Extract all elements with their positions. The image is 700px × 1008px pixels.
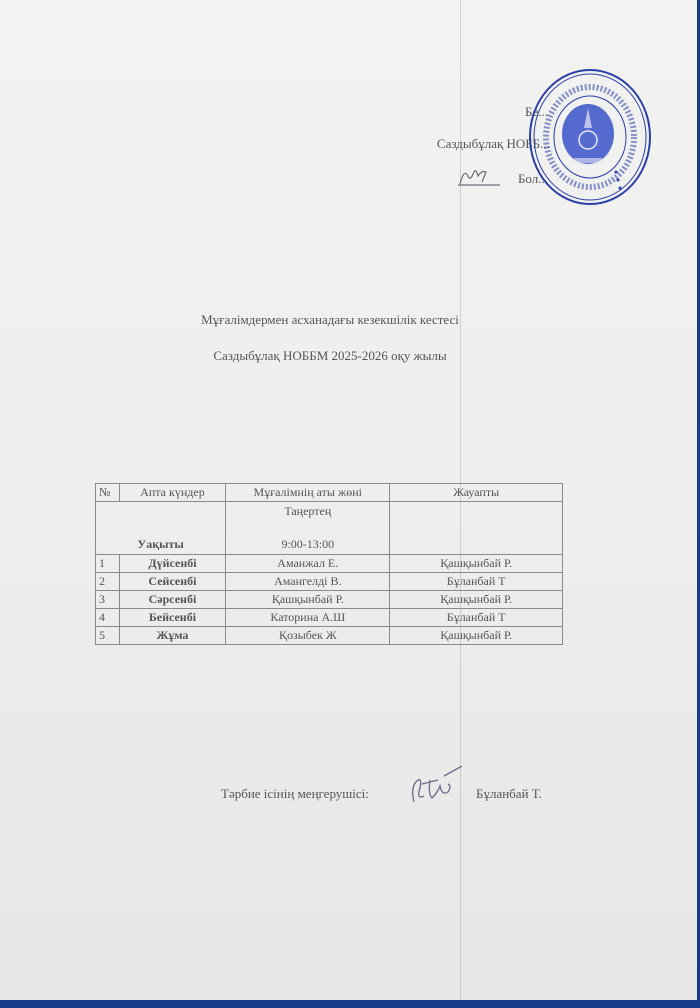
time-responsible-empty: [390, 502, 563, 555]
row-weekday: Сәрсенбі: [119, 591, 225, 609]
table-time-row: Уақыты Таңертең 9:00-13:00: [96, 502, 563, 555]
document-subtitle: Саздыбұлақ НОББМ 2025-2026 оқу жылы: [0, 348, 660, 364]
header-teacher: Мұғалімнің аты жөні: [226, 484, 390, 502]
row-teacher: Аманжал Е.: [226, 555, 390, 573]
header-weekday: Апта күндер: [119, 484, 225, 502]
row-teacher: Каторина А.Ш: [226, 609, 390, 627]
row-teacher: Амангелді В.: [226, 573, 390, 591]
footer-name: Бұланбай Т.: [476, 786, 542, 802]
row-teacher: Қозыбек Ж: [226, 627, 390, 645]
row-teacher: Қашқынбай Р.: [226, 591, 390, 609]
header-responsible: Жауапты: [390, 484, 563, 502]
table-row: 2 Сейсенбі Амангелді В. Бұланбай Т: [96, 573, 563, 591]
approval-line-2: Саздыбұлақ НОББ...: [330, 136, 550, 152]
table-row: 1 Дүйсенбі Аманжал Е. Қашқынбай Р.: [96, 555, 563, 573]
table-row: 4 Бейсенбі Каторина А.Ш Бұланбай Т: [96, 609, 563, 627]
table-row: 5 Жұма Қозыбек Ж Қашқынбай Р.: [96, 627, 563, 645]
row-responsible: Бұланбай Т: [390, 609, 563, 627]
row-number: 3: [96, 591, 120, 609]
supervisor-signature-icon: [404, 766, 466, 810]
row-number: 5: [96, 627, 120, 645]
header-number: №: [96, 484, 120, 502]
row-number: 2: [96, 573, 120, 591]
row-responsible: Бұланбай Т: [390, 573, 563, 591]
row-responsible: Қашқынбай Р.: [390, 591, 563, 609]
footer-position-label: Тәрбие ісінің меңгерушісі:: [221, 786, 369, 802]
shift-label: Таңертең: [229, 504, 386, 519]
row-responsible: Қашқынбай Р.: [390, 627, 563, 645]
time-label: Уақыты: [96, 502, 226, 555]
director-signature-icon: [456, 164, 502, 188]
row-weekday: Бейсенбі: [119, 609, 225, 627]
row-weekday: Сейсенбі: [119, 573, 225, 591]
row-number: 4: [96, 609, 120, 627]
table-row: 3 Сәрсенбі Қашқынбай Р. Қашқынбай Р.: [96, 591, 563, 609]
official-stamp-icon: [528, 68, 652, 206]
document-title: Мұғалімдермен асханадағы кезекшілік кест…: [0, 312, 660, 328]
row-weekday: Жұма: [119, 627, 225, 645]
duty-schedule-table: № Апта күндер Мұғалімнің аты жөні Жауапт…: [95, 483, 563, 645]
row-number: 1: [96, 555, 120, 573]
table-header-row: № Апта күндер Мұғалімнің аты жөні Жауапт…: [96, 484, 563, 502]
approval-line-1: Бе...: [400, 104, 548, 120]
shift-hours: 9:00-13:00: [229, 537, 386, 552]
row-weekday: Дүйсенбі: [119, 555, 225, 573]
row-responsible: Қашқынбай Р.: [390, 555, 563, 573]
time-cell: Таңертең 9:00-13:00: [226, 502, 390, 555]
document-page: Бе... Саздыбұлақ НОББ... Бол... Мұғалімд…: [0, 0, 697, 1000]
